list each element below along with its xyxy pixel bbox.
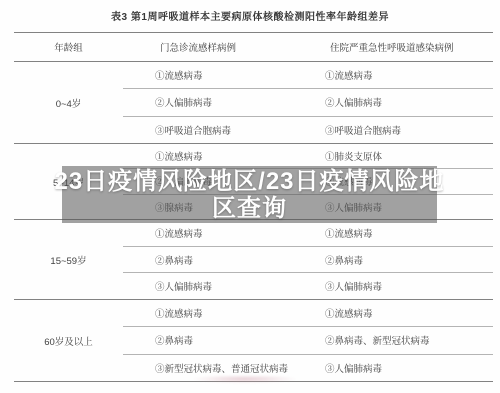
headline-overlay-banner: 23日疫情风险地区/23日疫情风险地 区查询 xyxy=(62,166,437,223)
virus-cell: ①流感病毒 xyxy=(300,226,493,240)
virus-cell: ③人偏肺病毒 xyxy=(300,361,493,375)
virus-cell: ②人偏肺病毒 xyxy=(123,95,300,109)
virus-cell: ②人偏肺病毒 xyxy=(300,95,493,109)
table-row: ②人偏肺病毒 ②人偏肺病毒 xyxy=(123,88,493,115)
virus-cell: ①肺炎支原体 xyxy=(300,149,493,163)
table-row: ②鼻病毒 ②鼻病毒、新型冠状病毒 xyxy=(123,326,493,353)
age-group-label: 60岁及以上 xyxy=(14,300,123,381)
table-row: ③新型冠状病毒、普通冠状病毒 ③人偏肺病毒 xyxy=(123,354,493,381)
table-header-row: 年龄组 门急诊流感样病例 住院严重急性呼吸道感染病例 xyxy=(14,33,493,62)
header-age-group: 年龄组 xyxy=(14,40,123,54)
table-row: ③呼吸道合胞病毒 ③呼吸道合胞病毒 xyxy=(123,116,493,143)
age-group-label: 0~4岁 xyxy=(14,62,123,143)
virus-cell: ③人偏肺病毒 xyxy=(123,279,300,293)
virus-cell: ③呼吸道合胞病毒 xyxy=(300,123,493,137)
virus-cell: ②鼻病毒 xyxy=(300,253,493,267)
virus-cell: ②鼻病毒 xyxy=(123,253,300,267)
virus-cell: ①流感病毒 xyxy=(300,306,493,320)
article-image: 表3 第1周呼吸道样本主要病原体核酸检测阳性率年龄组差异 年龄组 门急诊流感样病… xyxy=(0,0,500,393)
table-row: ①流感病毒 ①肺炎支原体 xyxy=(123,144,493,168)
virus-cell: ③呼吸道合胞病毒 xyxy=(123,123,300,137)
virus-cell: ①流感病毒 xyxy=(300,68,493,82)
age-group-section-0-4: 0~4岁 ①流感病毒 ①流感病毒 ②人偏肺病毒 ②人偏肺病毒 ③呼吸道合胞病毒 … xyxy=(14,62,493,144)
table-row: ③人偏肺病毒 ③人偏肺病毒 xyxy=(123,272,493,299)
virus-cell: ①流感病毒 xyxy=(123,226,300,240)
age-group-section-15-59: 15~59岁 ①流感病毒 ①流感病毒 ②鼻病毒 ②鼻病毒 ③人偏肺病毒 ③人偏肺… xyxy=(14,220,493,300)
table-row: ①流感病毒 ①流感病毒 xyxy=(123,300,493,326)
virus-cell: ①流感病毒 xyxy=(123,68,300,82)
table-title: 表3 第1周呼吸道样本主要病原体核酸检测阳性率年龄组差异 xyxy=(0,8,500,23)
virus-cell: ②鼻病毒 xyxy=(123,333,300,347)
table-row: ①流感病毒 ①流感病毒 xyxy=(123,220,493,246)
header-outpatient-ili: 门急诊流感样病例 xyxy=(123,40,300,54)
table-row: ②鼻病毒 ②鼻病毒 xyxy=(123,246,493,273)
virus-cell: ①流感病毒 xyxy=(123,149,300,163)
virus-cell: ①流感病毒 xyxy=(123,306,300,320)
virus-cell: ③新型冠状病毒、普通冠状病毒 xyxy=(123,361,300,375)
headline-text-line1: 23日疫情风险地区/23日疫情风险地 xyxy=(54,168,444,195)
virus-cell: ③人偏肺病毒 xyxy=(300,279,493,293)
age-group-section-60-plus: 60岁及以上 ①流感病毒 ①流感病毒 ②鼻病毒 ②鼻病毒、新型冠状病毒 ③新型冠… xyxy=(14,300,493,382)
table-row: ①流感病毒 ①流感病毒 xyxy=(123,62,493,88)
header-hospitalized-sari: 住院严重急性呼吸道感染病例 xyxy=(300,40,493,54)
age-group-label: 15~59岁 xyxy=(14,220,123,299)
virus-cell: ②鼻病毒、新型冠状病毒 xyxy=(300,333,493,347)
headline-text-line2: 区查询 xyxy=(212,195,287,222)
